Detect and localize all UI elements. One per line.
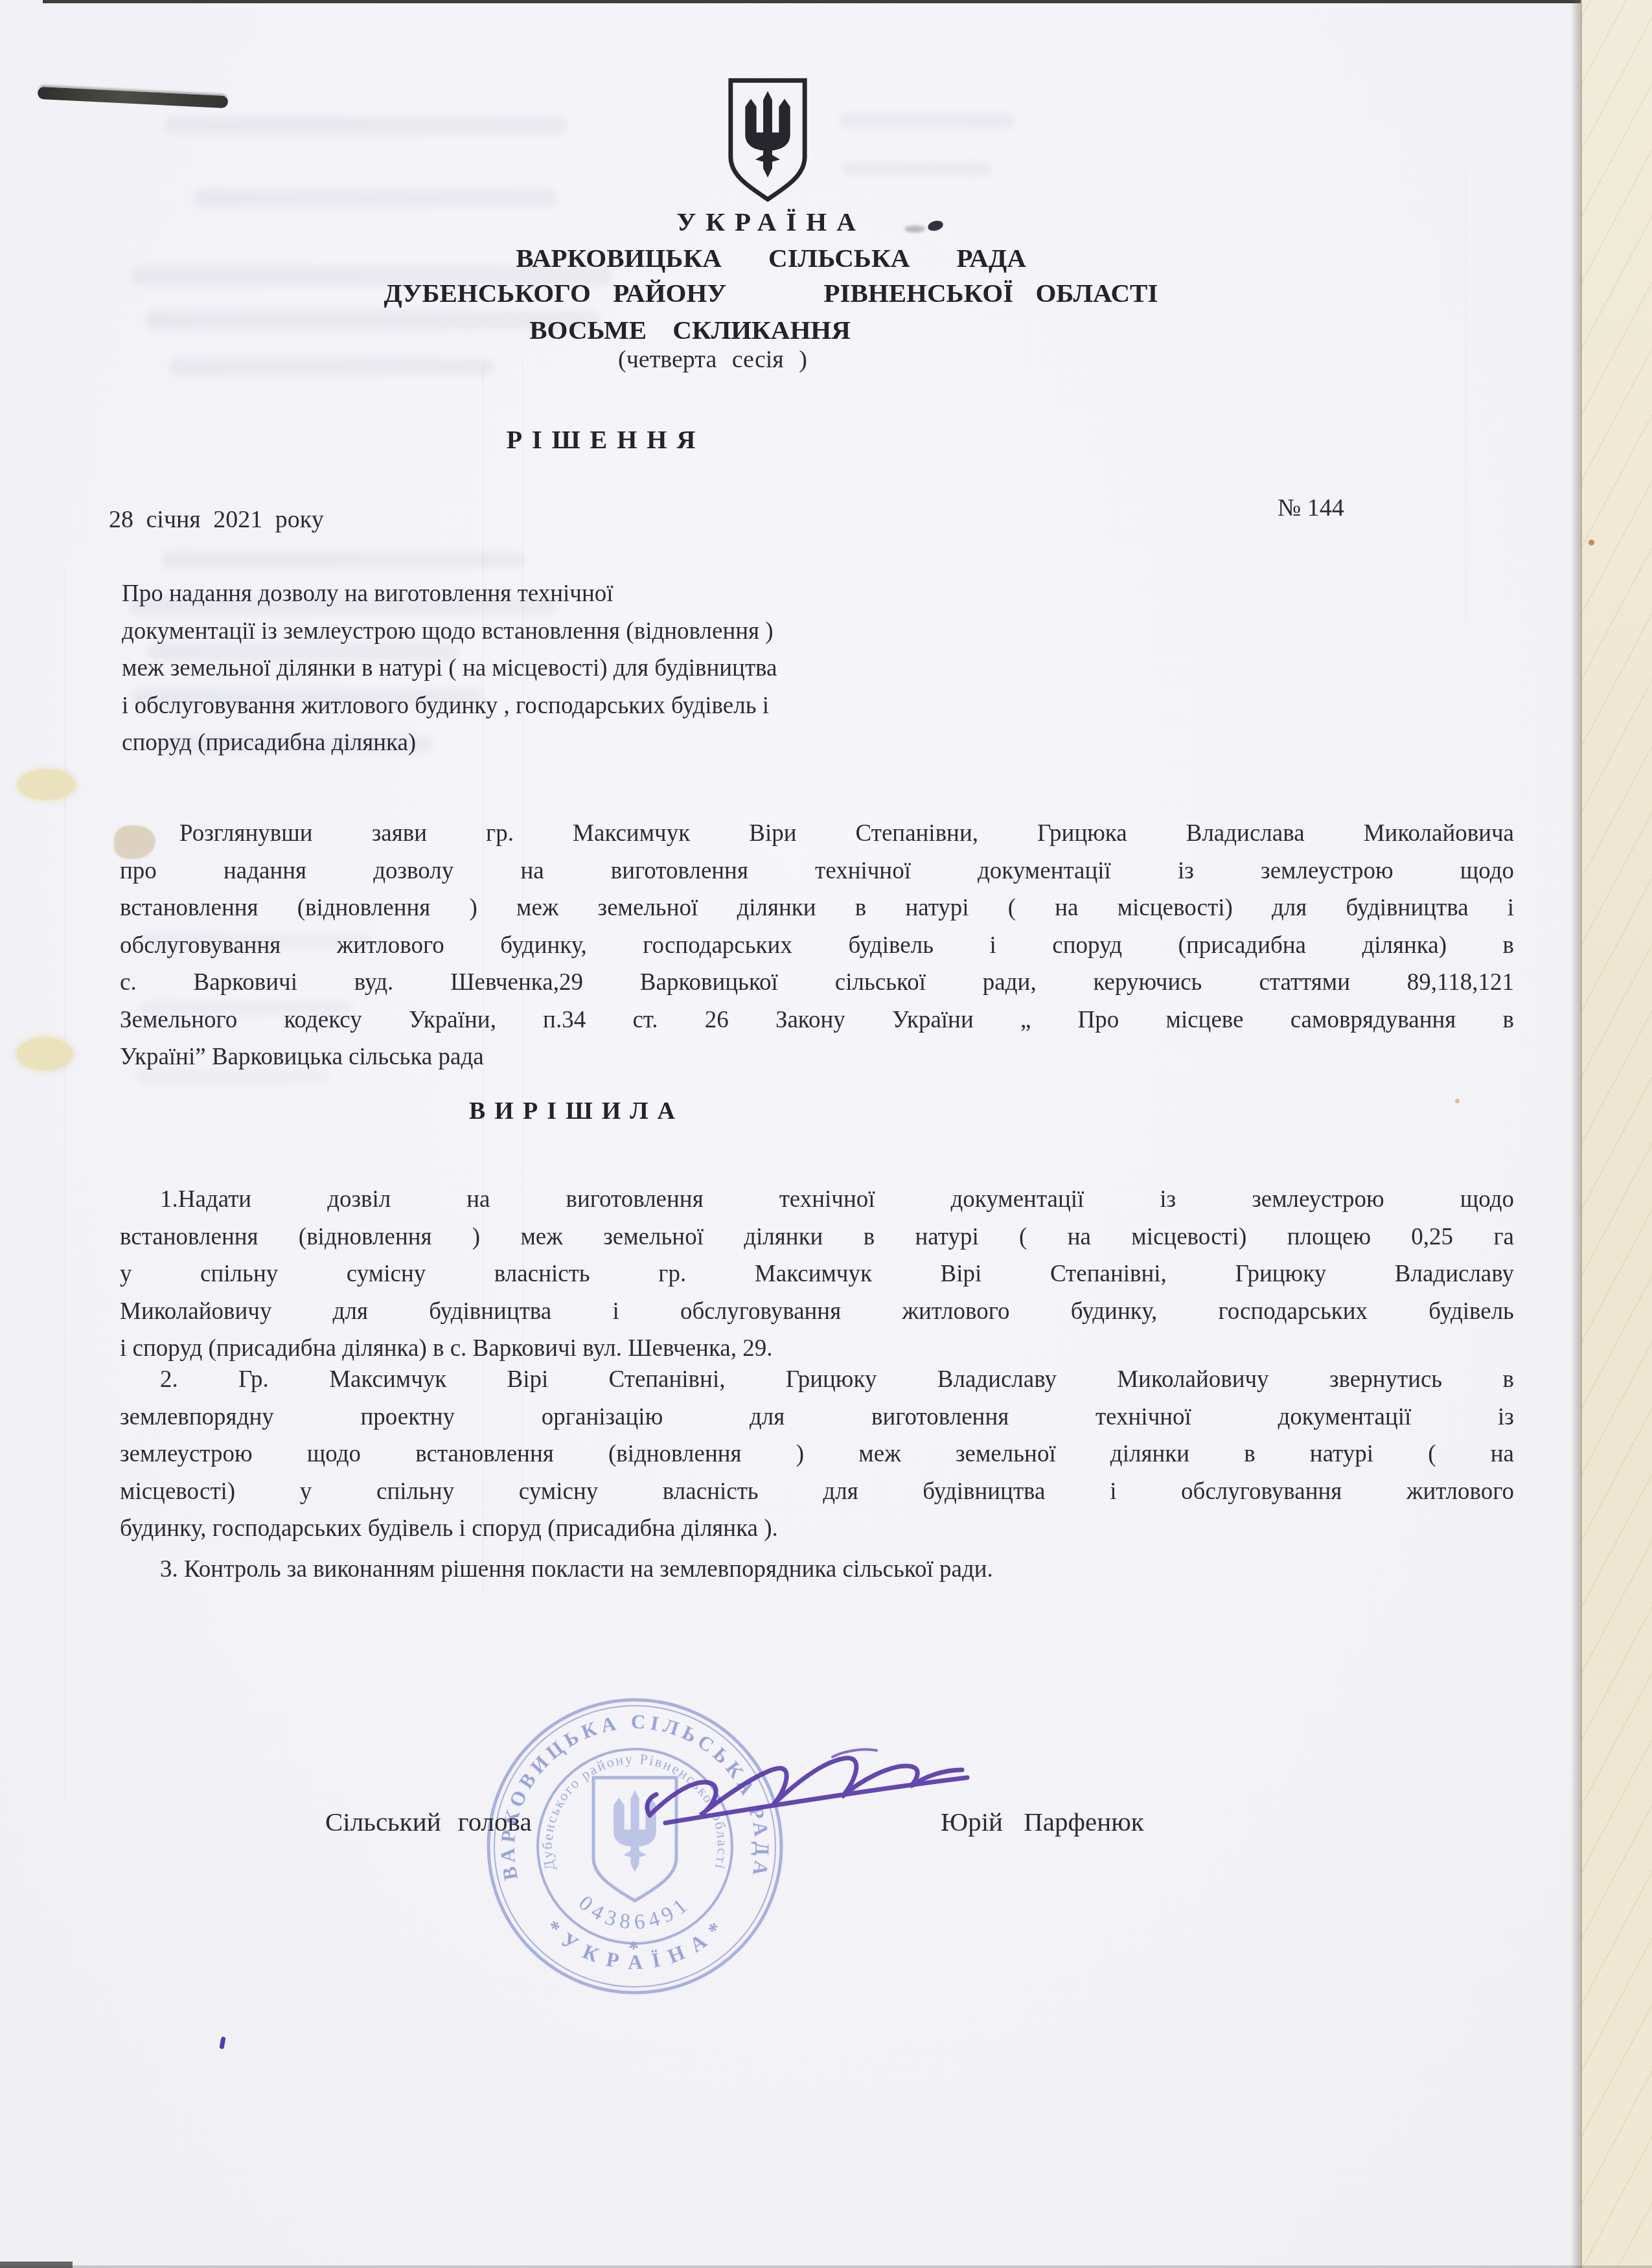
paper-fold-line	[65, 570, 66, 1801]
header-country: УКРАЇНА	[577, 206, 965, 237]
bleedthrough-smudge	[194, 189, 557, 207]
preamble-line: про надання дозволу на виготовлення техн…	[120, 853, 1514, 890]
header-council-name: ВАРКОВИЦЬКА СІЛЬСЬКА РАДА	[253, 242, 1289, 273]
resolution-item-3: 3. Контроль за виконанням рішення поклас…	[120, 1551, 1514, 1588]
bleedthrough-smudge	[165, 117, 567, 135]
signature-position-label: Сільський голова	[325, 1806, 532, 1837]
header-district: ДУБЕНСЬКОГО РАЙОНУ	[384, 277, 727, 308]
preamble-line: встановлення (відновлення ) меж земельно…	[120, 889, 1514, 927]
pen-mark	[219, 2037, 225, 2050]
subject-line: документації із землеустрою щодо встанов…	[122, 613, 964, 650]
scan-bottom-edge	[0, 2265, 1652, 2268]
scanned-decision-document: УКРАЇНА ВАРКОВИЦЬКА СІЛЬСЬКА РАДА ДУБЕНС…	[0, 0, 1652, 2268]
preamble-line: обслуговування житлового будинку, господ…	[120, 927, 1514, 965]
item-line: будинку, господарських будівель і споруд…	[120, 1510, 1514, 1548]
header-session: (четверта сесія )	[253, 345, 1173, 374]
item-line: встановлення (відновлення ) меж земельно…	[120, 1219, 1514, 1256]
header-region: РІВНЕНСЬКОЇ ОБЛАСТІ	[823, 277, 1158, 308]
document-number: № 144	[1278, 494, 1344, 522]
speck	[1455, 1099, 1460, 1103]
paper-fold-line	[1465, 168, 1467, 622]
subject-line: Про надання дозволу на виготовлення техн…	[122, 575, 964, 613]
staple-mark	[38, 87, 229, 108]
header-district-line: ДУБЕНСЬКОГО РАЙОНУ РІВНЕНСЬКОЇ ОБЛАСТІ	[253, 277, 1289, 308]
mayor-signature	[638, 1731, 981, 1857]
signature-person-name: Юрій Парфенюк	[941, 1806, 1144, 1837]
item-line: Миколайовичу для будівництва і обслугову…	[120, 1293, 1514, 1331]
paper-spot	[17, 1038, 73, 1070]
svg-text:04386491: 04386491	[574, 1892, 696, 1934]
stamp-code: 04386491	[574, 1892, 696, 1934]
preamble-line: с. Варковичі вуд. Шевченка,29 Варковицьк…	[120, 964, 1514, 1002]
item-line: 2. Гр. Максимчук Вірі Степанівні, Грицюк…	[120, 1361, 1514, 1399]
preamble-line: Україні” Варковицька сільська рада	[120, 1038, 1514, 1076]
document-date: 28 січня 2021 року	[109, 505, 324, 534]
subject-line: споруд (присадибна ділянка)	[122, 724, 964, 762]
subject-line: і обслуговування житлового будинку , гос…	[122, 687, 964, 725]
preamble-line: Земельного кодексу України, п.34 ст. 26 …	[120, 1002, 1514, 1039]
item-line: 1.Надати дозвіл на виготовлення технічно…	[120, 1181, 1514, 1219]
speck	[1589, 540, 1594, 545]
scan-backing-strip	[1581, 0, 1652, 2268]
item-line: у спільну сумісну власність гр. Максимчу…	[120, 1255, 1514, 1293]
resolution-item-2: 2. Гр. Максимчук Вірі Степанівні, Грицюк…	[120, 1361, 1514, 1548]
document-title: РІШЕННЯ	[120, 424, 1092, 455]
paper-spot	[18, 770, 75, 799]
bleedthrough-smudge	[842, 162, 991, 176]
subject-block: Про надання дозволу на виготовлення техн…	[122, 575, 964, 762]
item-line: землевпорядну проектну організацію для в…	[120, 1399, 1514, 1436]
item-line: місцевості) у спільну сумісну власність …	[120, 1473, 1514, 1511]
trident-icon	[745, 91, 790, 178]
ukraine-trident-emblem	[723, 75, 812, 203]
bleedthrough-smudge	[162, 551, 525, 569]
scan-top-edge	[43, 0, 1652, 3]
bleedthrough-smudge	[839, 113, 1014, 129]
header-convocation: ВОСЬМЕ СКЛИКАННЯ	[220, 314, 1160, 345]
page-edge-shadow	[1570, 0, 1582, 2268]
resolution-heading: ВИРІШИЛА	[120, 1097, 1033, 1125]
stamp-star-separator: *	[628, 1936, 641, 1960]
preamble-line: Розглянувши заяви гр. Максимчук Віри Сте…	[120, 815, 1514, 853]
subject-line: меж земельної ділянки в натурі ( на місц…	[122, 650, 964, 687]
item-line: землеустрою щодо встановлення (відновлен…	[120, 1436, 1514, 1473]
resolution-item-1: 1.Надати дозвіл на виготовлення технічно…	[120, 1181, 1514, 1368]
scan-bottom-corner	[0, 2262, 73, 2268]
preamble-paragraph: Розглянувши заяви гр. Максимчук Віри Сте…	[120, 815, 1514, 1076]
